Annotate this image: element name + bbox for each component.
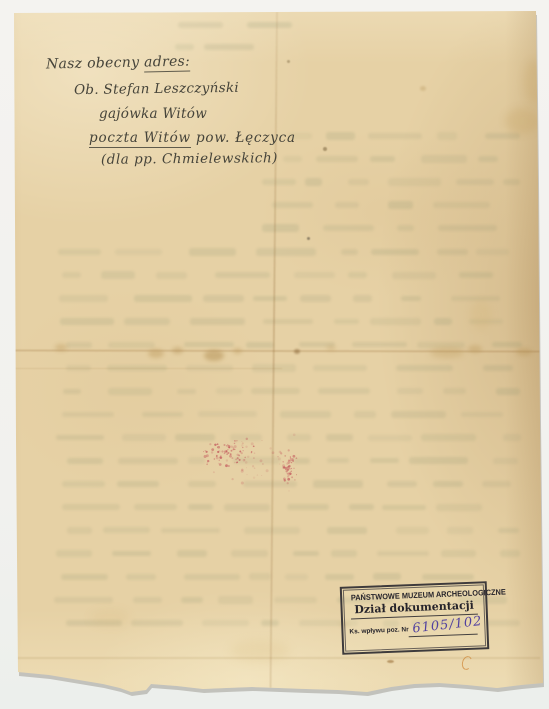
ghost-word-blob bbox=[368, 435, 412, 441]
ghost-word-blob bbox=[126, 574, 156, 580]
ghost-word-blob bbox=[108, 342, 155, 348]
ghost-word-blob bbox=[189, 248, 237, 255]
ghost-word-blob bbox=[218, 596, 253, 603]
ghost-word-blob bbox=[485, 133, 520, 139]
ghost-word-blob bbox=[370, 458, 400, 463]
ghost-word-blob bbox=[503, 434, 521, 441]
ghost-word-blob bbox=[117, 481, 159, 487]
ghost-word-blob bbox=[62, 504, 120, 510]
ghost-word-blob bbox=[354, 411, 376, 418]
ghost-word-blob bbox=[433, 481, 463, 486]
ghost-word-blob bbox=[203, 295, 244, 301]
ghost-word-blob bbox=[443, 388, 466, 394]
ghost-word-blob bbox=[335, 202, 360, 208]
ghost-word-blob bbox=[67, 527, 92, 534]
ghost-word-blob bbox=[293, 551, 319, 556]
letter-paper: Nasz obecny adres: Ob. Stefan Leszczyńsk… bbox=[0, 0, 549, 709]
ghost-word-blob bbox=[263, 319, 313, 325]
ghost-word-blob bbox=[469, 319, 503, 324]
museum-stamp: PAŃSTWOWE MUZEUM ARCHEOLOGICZNE Dział do… bbox=[340, 581, 490, 655]
ghost-word-blob bbox=[331, 550, 357, 557]
ghost-word-blob bbox=[421, 434, 475, 440]
ghost-word-blob bbox=[451, 296, 500, 301]
ghost-word-blob bbox=[348, 272, 367, 278]
ghost-word-blob bbox=[184, 574, 241, 581]
ghost-word-blob bbox=[326, 132, 355, 139]
ghost-word-blob bbox=[370, 318, 421, 325]
ghost-word-blob bbox=[305, 178, 323, 185]
stain-spot bbox=[230, 640, 290, 662]
ghost-word-blob bbox=[392, 272, 436, 279]
ghost-word-blob bbox=[142, 412, 183, 418]
ghost-word-blob bbox=[134, 295, 192, 302]
ghost-word-blob bbox=[62, 272, 81, 278]
ghost-word-blob bbox=[202, 620, 249, 626]
ghost-word-blob bbox=[500, 550, 520, 556]
ghost-word-blob bbox=[66, 620, 122, 625]
ghost-word-blob bbox=[184, 342, 233, 347]
ghost-word-blob bbox=[434, 318, 452, 325]
ghost-word-blob bbox=[388, 178, 441, 185]
ghost-word-blob bbox=[447, 527, 473, 534]
handwriting-line-post: poczta Witów pow. Łęczyca bbox=[89, 130, 296, 146]
ghost-word-blob bbox=[262, 179, 296, 186]
ghost-word-blob bbox=[54, 597, 113, 604]
stain-spot bbox=[470, 300, 492, 330]
ghost-word-blob bbox=[327, 527, 366, 534]
stamp-inner-border: PAŃSTWOWE MUZEUM ARCHEOLOGICZNE Dział do… bbox=[343, 584, 486, 651]
ghost-word-blob bbox=[204, 44, 253, 50]
ghost-word-blob bbox=[349, 504, 374, 510]
ghost-word-blob bbox=[482, 481, 510, 487]
ghost-word-blob bbox=[327, 458, 349, 463]
ghost-word-blob bbox=[253, 296, 287, 301]
handwriting-line-name: Ob. Stefan Leszczyński bbox=[74, 80, 239, 98]
ghost-word-blob bbox=[348, 179, 370, 185]
ghost-word-blob bbox=[461, 412, 503, 417]
ghost-word-blob bbox=[323, 225, 375, 231]
stain-spot bbox=[323, 147, 327, 151]
stain-spot bbox=[307, 237, 310, 240]
ghost-word-blob bbox=[251, 388, 300, 394]
ghost-word-blob bbox=[422, 574, 473, 580]
fold-line-horizontal bbox=[14, 349, 541, 352]
ghost-word-blob bbox=[188, 481, 216, 486]
ghost-word-blob bbox=[56, 435, 104, 440]
ghost-word-blob bbox=[274, 597, 316, 603]
ghost-word-blob bbox=[441, 550, 476, 556]
ghost-word-blob bbox=[352, 342, 407, 347]
ghost-word-blob bbox=[459, 272, 493, 278]
ghost-word-blob bbox=[391, 411, 446, 418]
ghost-word-blob bbox=[112, 551, 151, 557]
ghost-word-blob bbox=[224, 504, 270, 511]
ghost-word-blob bbox=[433, 202, 490, 207]
ghost-word-blob bbox=[243, 481, 298, 488]
stamp-field-label: Ks. wpływu poz. Nr bbox=[349, 626, 408, 635]
ghost-word-blob bbox=[216, 388, 243, 394]
ghost-word-blob bbox=[492, 342, 522, 347]
ghost-word-blob bbox=[177, 550, 206, 557]
ghost-word-blob bbox=[498, 528, 519, 533]
ghost-word-blob bbox=[387, 481, 417, 487]
ghost-word-blob bbox=[421, 155, 467, 162]
ghost-word-blob bbox=[334, 319, 359, 324]
ghost-word-blob bbox=[280, 411, 331, 418]
ghost-word-blob bbox=[246, 342, 274, 348]
ghost-word-blob bbox=[318, 388, 370, 394]
ghost-word-blob bbox=[485, 620, 519, 626]
ghost-word-blob bbox=[325, 574, 354, 579]
ghost-word-blob bbox=[115, 249, 162, 255]
ghost-word-blob bbox=[417, 342, 465, 348]
ghost-word-blob bbox=[397, 225, 413, 231]
ghost-word-blob bbox=[63, 389, 81, 394]
ghost-word-blob bbox=[215, 272, 270, 278]
ghost-word-blob bbox=[175, 434, 215, 441]
fold-crease-bottom bbox=[16, 657, 540, 659]
ghost-word-blob bbox=[190, 318, 245, 325]
ghost-word-blob bbox=[161, 528, 220, 533]
ghost-word-blob bbox=[62, 481, 105, 488]
ghost-word-blob bbox=[438, 225, 497, 230]
ghost-word-blob bbox=[396, 365, 454, 372]
ghost-word-blob bbox=[283, 156, 302, 162]
stain-spot bbox=[505, 108, 539, 134]
ghost-word-blob bbox=[133, 597, 162, 603]
ghost-word-blob bbox=[188, 504, 212, 511]
ghost-word-blob bbox=[300, 295, 332, 302]
ghost-word-blob bbox=[131, 620, 184, 626]
ghost-word-blob bbox=[373, 573, 401, 580]
stain-spot bbox=[420, 86, 426, 91]
handwriting-line-place: gajówka Witów bbox=[99, 106, 207, 122]
ghost-word-blob bbox=[230, 434, 262, 441]
handwriting-line-recipients: (dla pp. Chmielewskich) bbox=[101, 150, 278, 168]
ghost-word-blob bbox=[108, 388, 152, 395]
ghost-word-blob bbox=[247, 22, 292, 29]
ghost-word-blob bbox=[293, 458, 310, 464]
ghost-word-blob bbox=[178, 22, 223, 28]
ghost-word-blob bbox=[341, 249, 358, 255]
ghost-word-blob bbox=[287, 504, 329, 510]
ghost-word-blob bbox=[409, 457, 468, 464]
stain-spot bbox=[287, 60, 290, 63]
stain-spot bbox=[387, 660, 394, 663]
ghost-word-blob bbox=[262, 224, 299, 231]
ghost-word-blob bbox=[272, 202, 313, 209]
ghost-word-blob bbox=[124, 318, 169, 325]
ghost-word-blob bbox=[396, 527, 429, 533]
ghost-word-blob bbox=[287, 434, 311, 441]
ghost-word-blob bbox=[285, 574, 308, 580]
ghost-word-blob bbox=[371, 249, 419, 254]
ghost-word-blob bbox=[62, 412, 114, 418]
ghost-word-blob bbox=[382, 505, 426, 510]
ghost-word-blob bbox=[60, 318, 114, 325]
ghost-word-blob bbox=[313, 365, 367, 371]
ghost-word-blob bbox=[56, 550, 92, 557]
ghost-word-blob bbox=[478, 156, 498, 162]
ghost-word-blob bbox=[175, 44, 194, 49]
ghost-word-blob bbox=[156, 272, 187, 279]
ghost-word-blob bbox=[58, 249, 102, 256]
ghost-word-blob bbox=[326, 434, 353, 441]
stain-spot bbox=[524, 60, 544, 104]
handwriting-line-address-heading: Nasz obecny adres: bbox=[46, 53, 190, 72]
ghost-word-blob bbox=[370, 156, 394, 163]
ghost-word-blob bbox=[483, 365, 513, 371]
handwriting-text: Nasz obecny bbox=[46, 54, 144, 72]
handwriting-text: pow. Łęczyca bbox=[191, 130, 296, 146]
ghost-word-blob bbox=[377, 551, 430, 556]
ghost-word-blob bbox=[188, 457, 205, 464]
fold-crease-faint bbox=[14, 368, 282, 369]
ghost-word-blob bbox=[134, 504, 177, 510]
ghost-word-blob bbox=[181, 597, 203, 603]
ghost-word-blob bbox=[397, 388, 423, 394]
handwriting-underlined-word: adres: bbox=[144, 53, 190, 72]
scanned-document: Nasz obecny adres: Ob. Stefan Leszczyńsk… bbox=[0, 0, 549, 709]
ghost-word-blob bbox=[436, 504, 482, 511]
ghost-word-blob bbox=[437, 132, 457, 139]
ghost-word-blob bbox=[231, 550, 268, 556]
ghost-word-blob bbox=[316, 156, 358, 163]
ghost-word-blob bbox=[256, 248, 316, 255]
ghost-word-blob bbox=[59, 295, 108, 302]
stain-spot bbox=[90, 610, 130, 626]
ghost-word-blob bbox=[401, 296, 422, 301]
ghost-word-blob bbox=[66, 342, 92, 348]
ghost-word-blob bbox=[67, 458, 104, 463]
ghost-word-blob bbox=[368, 133, 422, 139]
ghost-word-blob bbox=[103, 527, 150, 533]
ghost-word-blob bbox=[493, 458, 519, 464]
ghost-word-blob bbox=[456, 179, 494, 185]
ghost-word-blob bbox=[299, 342, 334, 347]
stain-spot bbox=[430, 347, 464, 358]
ghost-word-blob bbox=[476, 249, 509, 255]
ghost-word-blob bbox=[249, 573, 271, 580]
ghost-word-blob bbox=[496, 388, 520, 395]
ghost-word-blob bbox=[294, 272, 335, 278]
ghost-word-blob bbox=[353, 295, 372, 301]
ghost-word-blob bbox=[437, 249, 467, 255]
ghost-word-blob bbox=[61, 574, 109, 580]
ghost-word-blob bbox=[101, 271, 135, 278]
ghost-word-blob bbox=[122, 434, 166, 441]
handwriting-underlined-word: poczta Witów bbox=[89, 130, 191, 148]
ghost-word-blob bbox=[388, 201, 413, 208]
stamp-accession-row: Ks. wpływu poz. Nr 6105/102 bbox=[345, 614, 485, 645]
ghost-word-blob bbox=[177, 389, 197, 394]
ghost-word-blob bbox=[503, 179, 520, 185]
ghost-word-blob bbox=[118, 458, 178, 464]
ghost-word-blob bbox=[198, 411, 257, 417]
ghost-word-blob bbox=[313, 480, 363, 487]
